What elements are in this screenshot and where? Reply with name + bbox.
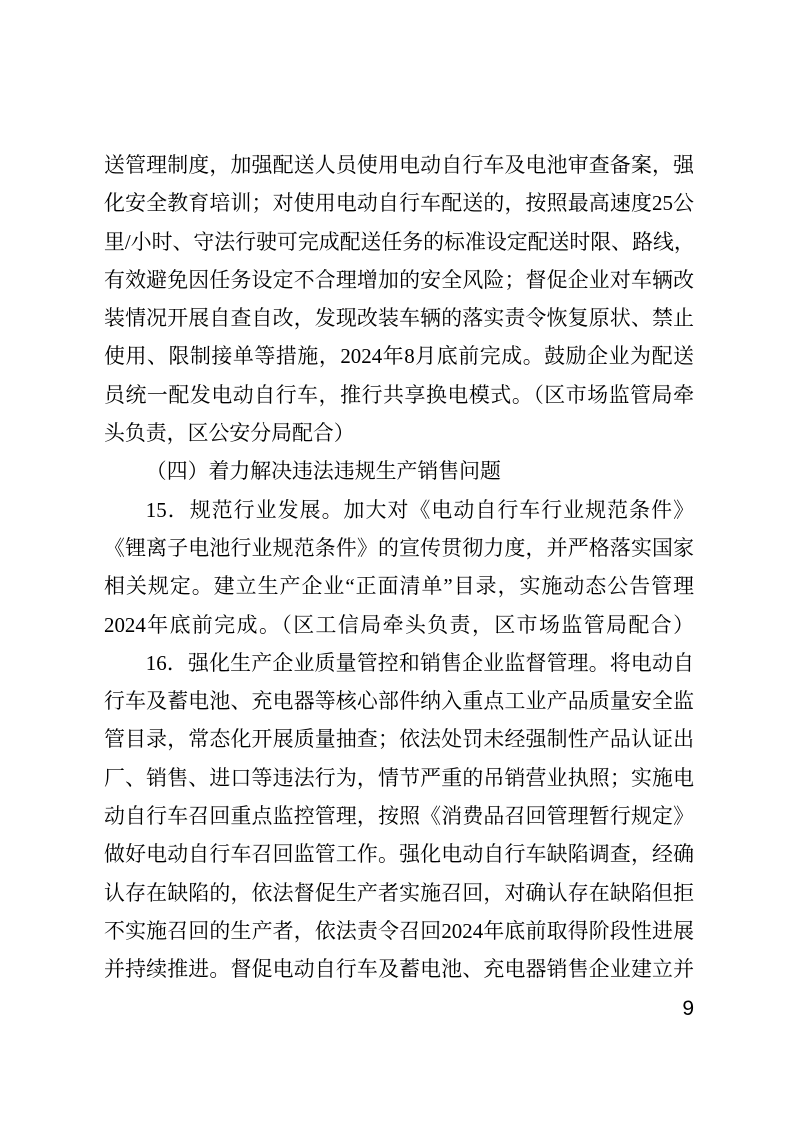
- text-line: 并持续推进。督促电动自行车及蓄电池、充电器销售企业建立并: [104, 950, 694, 988]
- document-body: 送管理制度，加强配送人员使用电动自行车及电池审查备案，强 化安全教育培训；对使用…: [104, 146, 694, 989]
- text-line: 做好电动自行车召回监管工作。强化电动自行车缺陷调查，经确: [104, 835, 694, 873]
- text-line: 15．规范行业发展。加大对《电动自行车行业规范条件》: [104, 491, 694, 529]
- text-line: 《锂离子电池行业规范条件》的宣传贯彻力度，并严格落实国家: [104, 529, 694, 567]
- text-line: 2024年底前完成。（区工信局牵头负责，区市场监管局配合）: [104, 606, 694, 644]
- text-line: 16．强化生产企业质量管控和销售企业监督管理。将电动自: [104, 644, 694, 682]
- text-line: 不实施召回的生产者，依法责令召回2024年底前取得阶段性进展: [104, 912, 694, 950]
- text-line: 有效避免因任务设定不合理增加的安全风险；督促企业对车辆改: [104, 261, 694, 299]
- document-page: 送管理制度，加强配送人员使用电动自行车及电池审查备案，强 化安全教育培训；对使用…: [0, 0, 793, 1122]
- page-number: 9: [104, 994, 694, 1024]
- text-line: 行车及蓄电池、充电器等核心部件纳入重点工业产品质量安全监: [104, 682, 694, 720]
- text-line: 装情况开展自查自改，发现改装车辆的落实责令恢复原状、禁止: [104, 299, 694, 337]
- text-line: 厂、销售、进口等违法行为，情节严重的吊销营业执照；实施电: [104, 759, 694, 797]
- text-line: 化安全教育培训；对使用电动自行车配送的，按照最高速度25公: [104, 184, 694, 222]
- text-line: 动自行车召回重点监控管理，按照《消费品召回管理暂行规定》: [104, 797, 694, 835]
- text-line: 管目录，常态化开展质量抽查；依法处罚未经强制性产品认证出: [104, 720, 694, 758]
- text-line: 送管理制度，加强配送人员使用电动自行车及电池审查备案，强: [104, 146, 694, 184]
- text-line: 使用、限制接单等措施，2024年8月底前完成。鼓励企业为配送: [104, 337, 694, 375]
- text-line: 认存在缺陷的，依法督促生产者实施召回，对确认存在缺陷但拒: [104, 874, 694, 912]
- text-line: 里/小时、守法行驶可完成配送任务的标准设定配送时限、路线，: [104, 223, 694, 261]
- text-line: 员统一配发电动自行车，推行共享换电模式。（区市场监管局牵: [104, 376, 694, 414]
- text-line: 头负责，区公安分局配合）: [104, 414, 694, 452]
- section-heading: （四）着力解决违法违规生产销售问题: [104, 452, 694, 490]
- text-line: 相关规定。建立生产企业“正面清单”目录，实施动态公告管理: [104, 567, 694, 605]
